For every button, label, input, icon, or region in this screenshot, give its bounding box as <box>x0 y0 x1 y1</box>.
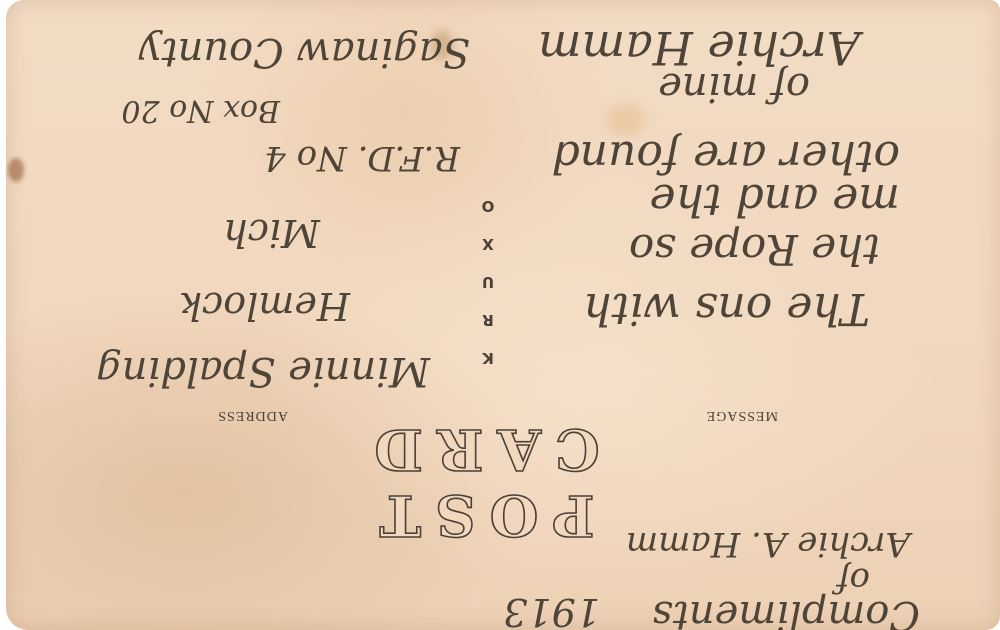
handwritten-address-state: Mich <box>223 211 320 255</box>
handwritten-message-line: other are found <box>552 131 900 182</box>
handwritten-compliments: Compliments <box>652 592 920 630</box>
handwritten-address-box: Box No 20 <box>121 93 280 128</box>
stamp-letter: R <box>478 301 498 339</box>
address-label: ADDRESS <box>217 407 288 423</box>
stamp-letter: O <box>478 187 498 225</box>
handwritten-message-line: The ons with <box>583 283 870 334</box>
handwritten-of: of <box>837 560 870 600</box>
handwritten-signature: Archie A. Hamm <box>626 524 910 564</box>
stamp-letter: K <box>478 339 498 377</box>
handwritten-message-line: the Rope so <box>629 225 880 274</box>
handwritten-address-route: R.F.D. No 4 <box>264 138 460 178</box>
handwritten-year: 1913 <box>503 590 600 630</box>
handwritten-sender-name: Archie Hamm <box>538 21 860 75</box>
upside-down-content: POST CARD MESSAGE ADDRESS K R U X O The … <box>0 0 1000 630</box>
handwritten-address-name: Minnie Spalding <box>96 348 430 394</box>
stamp-letter: U <box>478 263 498 301</box>
stamp-letter: X <box>478 225 498 263</box>
message-label: MESSAGE <box>706 407 778 423</box>
handwritten-address-town: Hemlock <box>179 284 350 328</box>
stamp-box-marking: K R U X O <box>478 187 498 377</box>
handwritten-county: Saginaw County <box>139 29 470 75</box>
